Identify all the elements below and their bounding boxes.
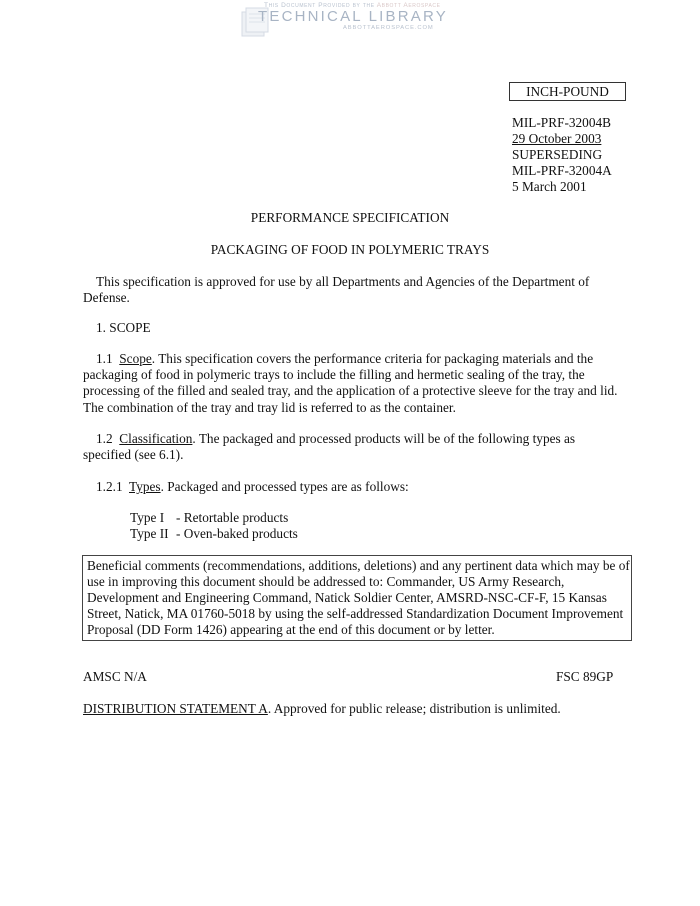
watermark-title: TECHNICAL LIBRARY — [258, 8, 448, 25]
doc-number: MIL-PRF-32004B — [512, 115, 611, 131]
amsc-code: AMSC N/A — [83, 669, 147, 685]
inch-pound-badge: INCH-POUND — [509, 82, 626, 101]
distribution-text: . Approved for public release; distribut… — [268, 701, 561, 716]
type-label: Type II — [130, 526, 176, 542]
paragraph-title: Types — [129, 479, 161, 494]
paragraph-1-2-1: 1.2.1 Types. Packaged and processed type… — [96, 479, 409, 495]
type-list-item: Type I- Retortable products — [130, 510, 288, 526]
watermark-url: ABBOTTAEROSPACE.COM — [343, 25, 434, 31]
doc-date: 29 October 2003 — [512, 131, 601, 147]
paragraph-number: 1.1 — [96, 351, 113, 366]
paragraph-number: 1.2.1 — [96, 479, 123, 494]
superseded-date: 5 March 2001 — [512, 179, 587, 195]
distribution-statement: DISTRIBUTION STATEMENT A. Approved for p… — [83, 701, 561, 717]
paragraph-title: Classification — [119, 431, 192, 446]
approval-statement: This specification is approved for use b… — [83, 274, 611, 306]
distribution-label: DISTRIBUTION STATEMENT A — [83, 701, 268, 716]
paragraph-title: Scope — [119, 351, 152, 366]
section-heading-scope: 1. SCOPE — [96, 320, 151, 336]
paragraph-1-1: 1.1 Scope. This specification covers the… — [83, 351, 618, 416]
type-description: - Retortable products — [176, 510, 288, 525]
paragraph-number: 1.2 — [96, 431, 113, 446]
spec-type-title: PERFORMANCE SPECIFICATION — [0, 210, 700, 226]
paragraph-text: . This specification covers the performa… — [83, 351, 618, 415]
type-list-item: Type II- Oven-baked products — [130, 526, 298, 542]
paragraph-text: . Packaged and processed types are as fo… — [161, 479, 409, 494]
superseded-number: MIL-PRF-32004A — [512, 163, 612, 179]
spec-title: PACKAGING OF FOOD IN POLYMERIC TRAYS — [0, 242, 700, 258]
type-label: Type I — [130, 510, 176, 526]
beneficial-comments-box: Beneficial comments (recommendations, ad… — [82, 555, 632, 641]
paragraph-1-2: 1.2 Classification. The packaged and pro… — [83, 431, 611, 463]
fsc-code: FSC 89GP — [556, 669, 613, 685]
type-description: - Oven-baked products — [176, 526, 298, 541]
superseding-label: SUPERSEDING — [512, 147, 602, 163]
